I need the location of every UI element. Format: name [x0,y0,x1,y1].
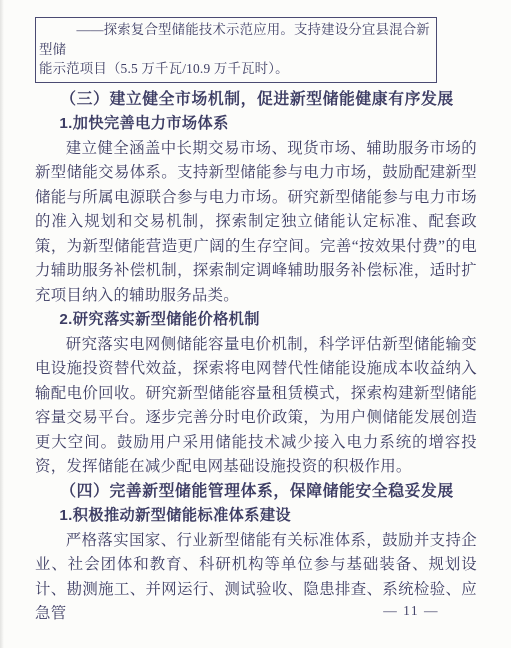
document-content: ——探索复合型储能技术示范应用。支持建设分宜县混合新型储 能示范项目（5.5 万… [35,17,477,627]
boxed-note-line-1: ——探索复合型储能技术示范应用。支持建设分宜县混合新型储 [39,20,433,59]
subsection-heading-1-standard-system: 1.积极推动新型储能标准体系建设 [35,504,477,529]
body-paragraph-price-mechanism: 研究落实电网侧储能容量电价机制，科学评估新型储能输变电设施投资替代效益，探索将电… [35,333,477,480]
section-heading-four: （四）完善新型储能管理体系，保障储能安全稳妥发展 [35,480,477,505]
subsection-heading-2-price-mechanism: 2.研究落实新型储能价格机制 [35,308,477,333]
page-number: — 11 — [383,603,439,619]
section-heading-three: （三）建立健全市场机制，促进新型储能健康有序发展 [35,88,477,113]
subsection-heading-1-market-system: 1.加快完善电力市场体系 [35,112,477,137]
boxed-highlight-note: ——探索复合型储能技术示范应用。支持建设分宜县混合新型储 能示范项目（5.5 万… [35,17,437,83]
document-page: ——探索复合型储能技术示范应用。支持建设分宜县混合新型储 能示范项目（5.5 万… [0,0,511,648]
body-paragraph-market-system: 建立健全涵盖中长期交易市场、现货市场、辅助服务市场的新型储能交易体系。支持新型储… [35,137,477,309]
boxed-note-line-2: 能示范项目（5.5 万千瓦/10.9 万千瓦时）。 [39,59,433,79]
